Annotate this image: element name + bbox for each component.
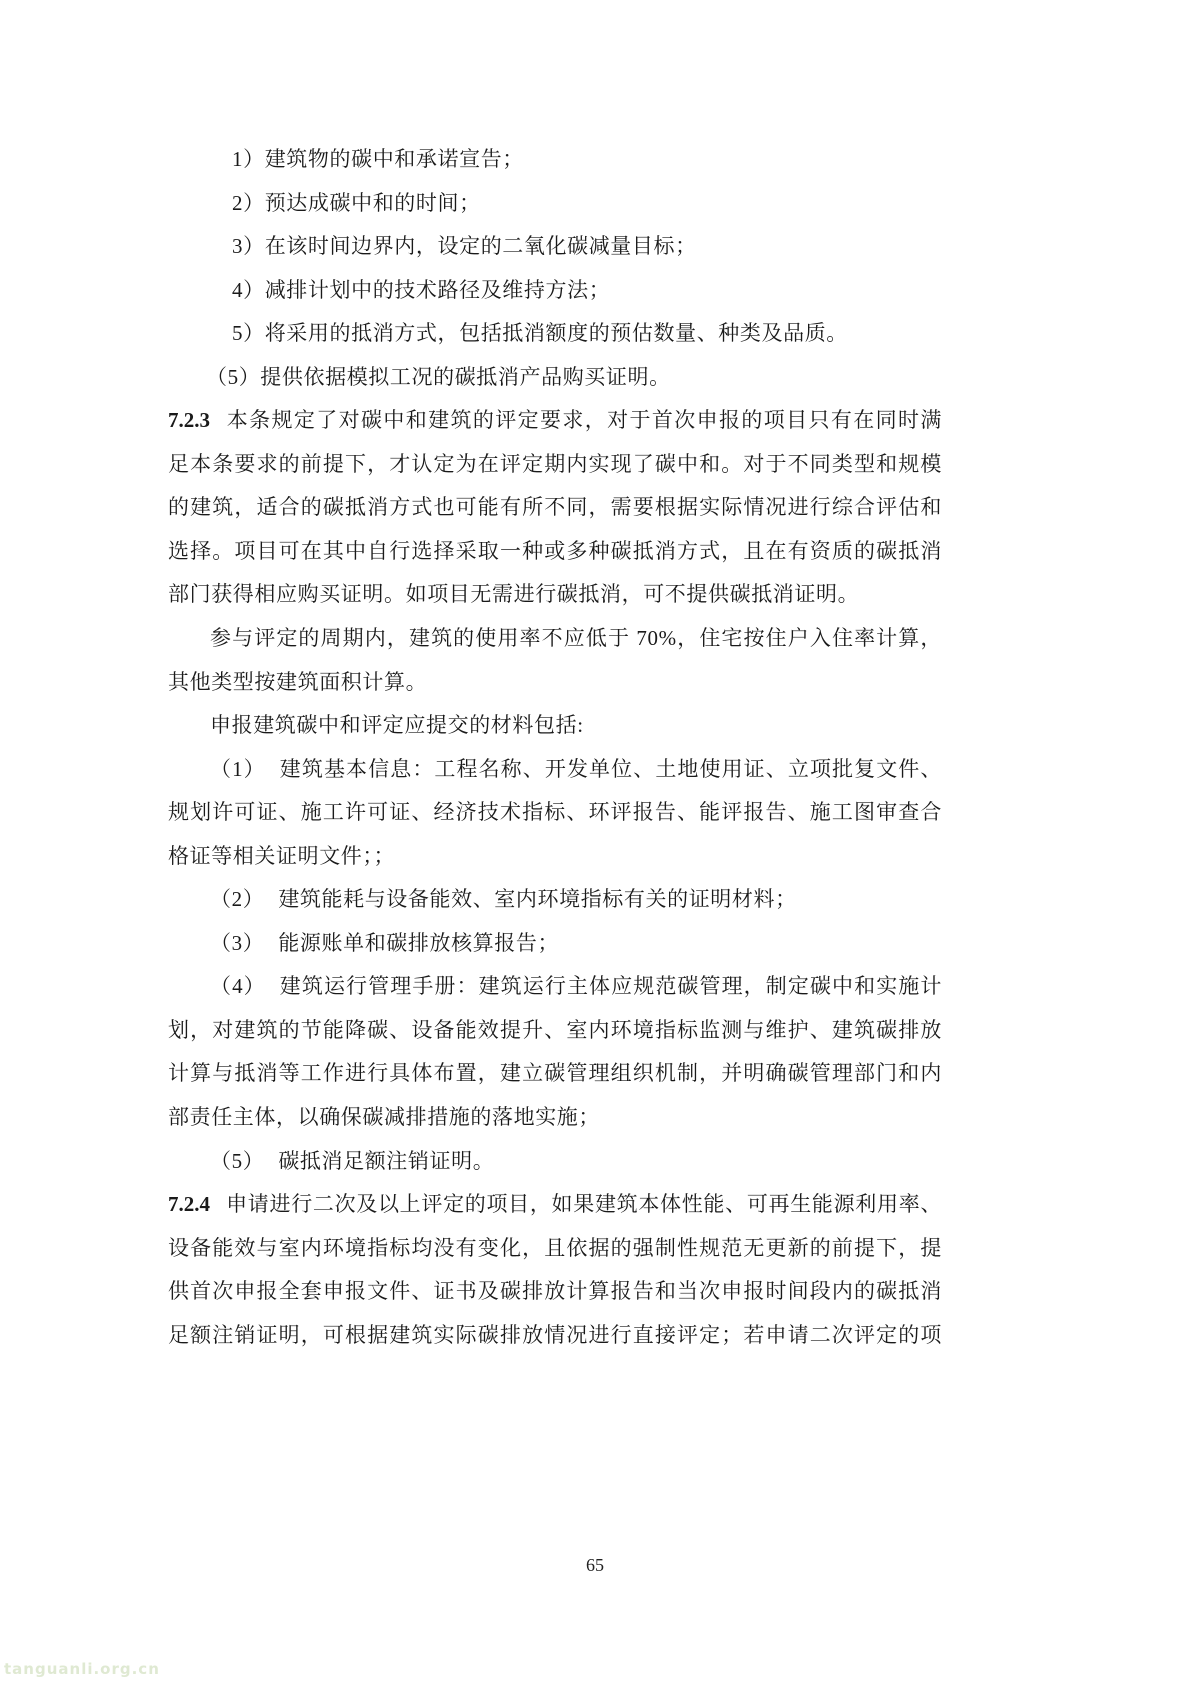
clause-text: 本条规定了对碳中和建筑的评定要求，对于首次申报的项目只有在同时满 [226,408,942,432]
clause-7-2-3-line-1: 7.2.3本条规定了对碳中和建筑的评定要求，对于首次申报的项目只有在同时满 [168,399,942,443]
sub-item-text: 在该时间边界内，设定的二氧化碳减量目标； [265,234,697,258]
material-3: （3）能源账单和碳排放核算报告； [168,922,942,966]
material-text: 能源账单和碳排放核算报告； [278,931,559,955]
usage-para-line-1: 参与评定的周期内，建筑的使用率不应低于 70%，住宅按住户入住率计算， [168,617,942,661]
material-5: （5）碳抵消足额注销证明。 [168,1140,942,1184]
sub-item-number: 1） [232,147,265,171]
material-number: （2） [210,887,264,911]
sub-item-4: 4）减排计划中的技术路径及维持方法； [168,269,942,313]
sub-item-number: 2） [232,191,265,215]
material-1-line-2: 规划许可证、施工许可证、经济技术指标、环评报告、能评报告、施工图审查合 [168,791,942,835]
material-number: （4） [210,974,266,998]
clause-number: 7.2.3 [168,408,210,432]
clause-7-2-4-line-1: 7.2.4申请进行二次及以上评定的项目，如果建筑本体性能、可再生能源利用率、 [168,1183,942,1227]
sub-item-1: 1）建筑物的碳中和承诺宣告； [168,138,942,182]
sub-item-text: 减排计划中的技术路径及维持方法； [265,278,611,302]
document-page: 1）建筑物的碳中和承诺宣告； 2）预达成碳中和的时间； 3）在该时间边界内，设定… [168,138,942,1357]
sub-item-number: 5） [232,321,265,345]
usage-para-line-2: 其他类型按建筑面积计算。 [168,661,942,705]
material-number: （3） [210,931,264,955]
clause-text: 申请进行二次及以上评定的项目，如果建筑本体性能、可再生能源利用率、 [226,1192,942,1216]
watermark: tanguanli.org.cn [4,1660,160,1678]
material-4-line-4: 部责任主体，以确保碳减排措施的落地实施； [168,1096,942,1140]
clause-number: 7.2.4 [168,1192,210,1216]
previous-item-5: （5）提供依据模拟工况的碳抵消产品购买证明。 [168,356,942,400]
clause-7-2-4-line-3: 供首次申报全套申报文件、证书及碳排放计算报告和当次申报时间段内的碳抵消 [168,1270,942,1314]
sub-item-number: 3） [232,234,265,258]
sub-item-3: 3）在该时间边界内，设定的二氧化碳减量目标； [168,225,942,269]
page-number: 65 [0,1555,1190,1576]
clause-7-2-3-line-2: 足本条要求的前提下，才认定为在评定期内实现了碳中和。对于不同类型和规模 [168,443,942,487]
material-number: （1） [210,757,266,781]
material-4-line-3: 计算与抵消等工作进行具体布置，建立碳管理组织机制，并明确碳管理部门和内 [168,1052,942,1096]
materials-intro: 申报建筑碳中和评定应提交的材料包括: [168,704,942,748]
clause-7-2-4-line-4: 足额注销证明，可根据建筑实际碳排放情况进行直接评定；若申请二次评定的项 [168,1314,942,1358]
clause-7-2-3-line-3: 的建筑，适合的碳抵消方式也可能有所不同，需要根据实际情况进行综合评估和 [168,486,942,530]
sub-item-number: 4） [232,278,265,302]
material-text: 建筑基本信息：工程名称、开发单位、土地使用证、立项批复文件、 [280,757,942,781]
material-4-line-2: 划，对建筑的节能降碳、设备能效提升、室内环境指标监测与维护、建筑碳排放 [168,1009,942,1053]
material-4-line-1: （4）建筑运行管理手册：建筑运行主体应规范碳管理，制定碳中和实施计 [168,965,942,1009]
material-number: （5） [210,1149,264,1173]
material-1-line-1: （1）建筑基本信息：工程名称、开发单位、土地使用证、立项批复文件、 [168,748,942,792]
material-1-line-3: 格证等相关证明文件；； [168,835,942,879]
sub-item-2: 2）预达成碳中和的时间； [168,182,942,226]
material-text: 建筑运行管理手册：建筑运行主体应规范碳管理，制定碳中和实施计 [280,974,942,998]
material-text: 碳抵消足额注销证明。 [278,1149,494,1173]
sub-item-5: 5）将采用的抵消方式，包括抵消额度的预估数量、种类及品质。 [168,312,942,356]
clause-7-2-3-line-4: 选择。项目可在其中自行选择采取一种或多种碳抵消方式，且在有资质的碳抵消 [168,530,942,574]
clause-7-2-3-line-5: 部门获得相应购买证明。如项目无需进行碳抵消，可不提供碳抵消证明。 [168,573,942,617]
sub-item-text: 建筑物的碳中和承诺宣告； [265,147,524,171]
material-2: （2）建筑能耗与设备能效、室内环境指标有关的证明材料； [168,878,942,922]
sub-item-text: 预达成碳中和的时间； [265,191,481,215]
sub-item-text: 将采用的抵消方式，包括抵消额度的预估数量、种类及品质。 [265,321,848,345]
clause-7-2-4-line-2: 设备能效与室内环境指标均没有变化，且依据的强制性规范无更新的前提下，提 [168,1227,942,1271]
material-text: 建筑能耗与设备能效、室内环境指标有关的证明材料； [278,887,796,911]
